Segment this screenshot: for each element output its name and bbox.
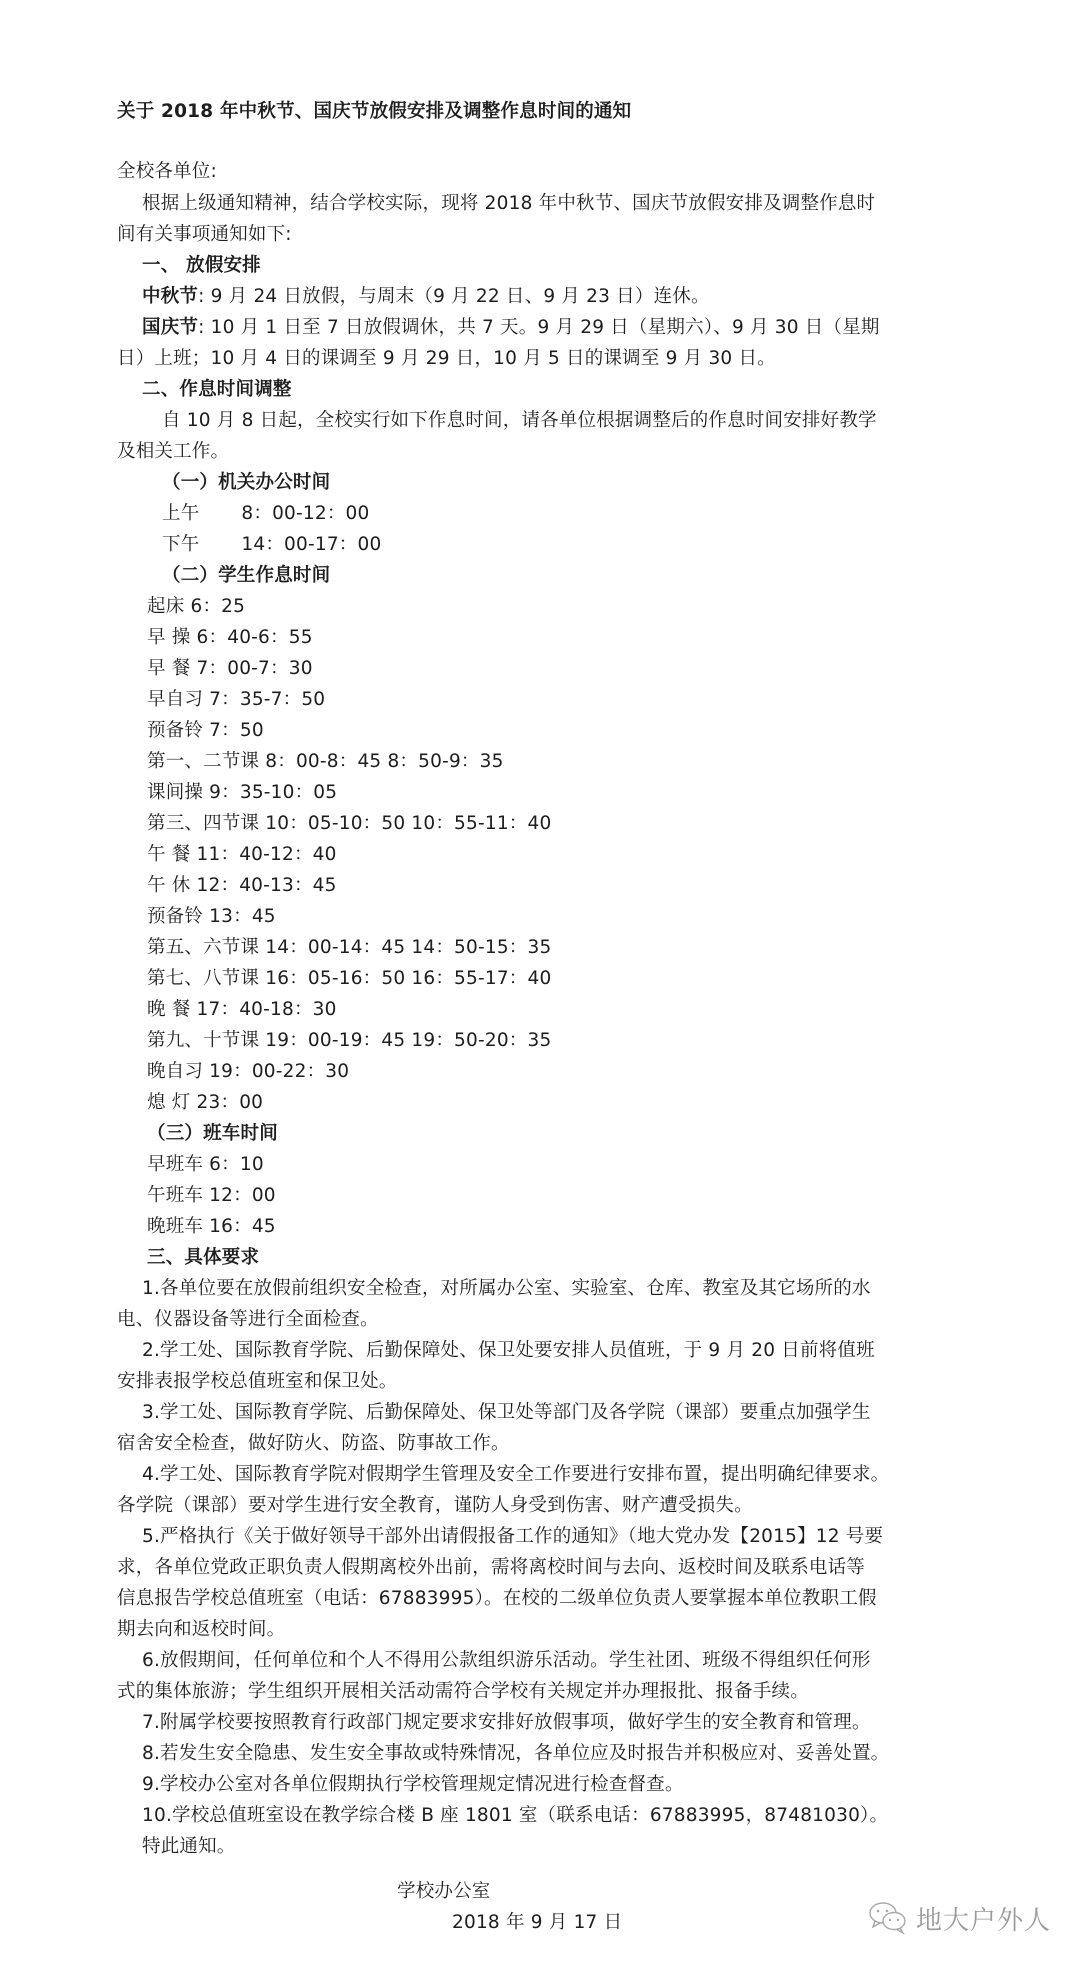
requirement-item-6: 6.放假期间，任何单位和个人不得用公款组织游乐活动。学生社团、班级不得组织任何形 — [142, 1649, 871, 1673]
bus-schedule-heading: （三）班车时间 — [147, 1122, 278, 1146]
requirement-item-5-cont: 期去向和返校时间。 — [117, 1618, 285, 1642]
midautumn-paragraph: 中秋节: 9 月 24 日放假，与周末（9 月 22 日、9 月 23 日）连休… — [142, 285, 710, 309]
intro-line-2: 间有关事项通知如下: — [117, 223, 292, 247]
requirement-item-3: 3.学工处、国际教育学院、后勤保障处、保卫处等部门及各学院（课部）要重点加强学生 — [142, 1401, 871, 1425]
requirement-item-4: 4.学工处、国际教育学院对假期学生管理及安全工作要进行安排布置，提出明确纪律要求… — [142, 1463, 889, 1487]
schedule-row: 预备铃 13：45 — [147, 905, 276, 929]
salutation: 全校各单位: — [117, 160, 217, 184]
office-hours-row: 下午14：00-17：00 — [162, 533, 381, 557]
office-hours-label: 下午 — [162, 534, 199, 555]
schedule-row: 晚自习 19：00-22：30 — [147, 1060, 349, 1084]
signature-office: 学校办公室 — [397, 1880, 491, 1904]
closing-line: 特此通知。 — [142, 1835, 236, 1859]
schedule-row: 午 休 12：40-13：45 — [147, 874, 337, 898]
section-1-heading: 一、 放假安排 — [142, 254, 261, 278]
wechat-icon — [868, 1900, 908, 1936]
schedule-row: 午 餐 11：40-12：40 — [147, 843, 337, 867]
office-hours-time: 8：00-12：00 — [241, 503, 369, 524]
requirement-item-1-cont: 电、仪器设备等进行全面检查。 — [117, 1308, 379, 1332]
requirement-item-3-cont: 宿舍安全检查，做好防火、防盗、防事故工作。 — [117, 1432, 510, 1456]
bus-row: 晚班车 16：45 — [147, 1215, 276, 1239]
section-2-intro-line-2: 及相关工作。 — [117, 440, 229, 464]
office-hours-label: 上午 — [162, 503, 199, 524]
schedule-row: 第七、八节课 16：05-16：50 16：55-17：40 — [147, 967, 551, 991]
schedule-row: 第九、十节课 19：00-19：45 19：50-20：35 — [147, 1029, 551, 1053]
national-text: : 10 月 1 日至 7 日放假调休，共 7 天。9 月 29 日（星期六）、… — [198, 317, 880, 338]
requirement-item-6-cont: 式的集体旅游；学生组织开展相关活动需符合学校有关规定并办理报批、报备手续。 — [117, 1680, 809, 1704]
student-schedule-heading: （二）学生作息时间 — [162, 564, 330, 588]
national-label: 国庆节 — [142, 317, 198, 338]
requirement-item-9: 9.学校办公室对各单位假期执行学校管理规定情况进行检查督查。 — [142, 1773, 684, 1797]
office-hours-heading: （一）机关办公时间 — [162, 471, 330, 495]
watermark-text: 地大户外人 — [916, 1900, 1051, 1937]
schedule-row: 起床 6：25 — [147, 595, 245, 619]
requirement-item-4-cont: 各学院（课部）要对学生进行安全教育，谨防人身受到伤害、财产遭受损失。 — [117, 1494, 753, 1518]
national-paragraph-line-2: 日）上班；10 月 4 日的课调至 9 月 29 日，10 月 5 日的课调至 … — [117, 347, 776, 371]
requirement-item-1: 1.各单位要在放假前组织安全检查，对所属办公室、实验室、仓库、教室及其它场所的水 — [142, 1277, 871, 1301]
requirement-item-8: 8.若发生安全隐患、发生安全事故或特殊情况，各单位应及时报告并积极应对、妥善处置… — [142, 1742, 889, 1766]
schedule-row: 早 餐 7：00-7：30 — [147, 657, 313, 681]
schedule-row: 第三、四节课 10：05-10：50 10：55-11：40 — [147, 812, 551, 836]
section-2-intro-line-1: 自 10 月 8 日起，全校实行如下作息时间，请各单位根据调整后的作息时间安排好… — [162, 409, 877, 433]
office-hours-row: 上午8：00-12：00 — [162, 502, 369, 526]
schedule-row: 晚 餐 17：40-18：30 — [147, 998, 337, 1022]
account-watermark: 地大户外人 — [868, 1898, 1051, 1938]
requirement-item-2-cont: 安排表报学校总值班室和保卫处。 — [117, 1370, 398, 1394]
midautumn-text: : 9 月 24 日放假，与周末（9 月 22 日、9 月 23 日）连休。 — [198, 286, 710, 307]
schedule-row: 预备铃 7：50 — [147, 719, 264, 743]
requirement-item-5: 5.严格执行《关于做好领导干部外出请假报备工作的通知》（地大党办发【2015】1… — [142, 1525, 883, 1549]
requirement-item-5-cont: 信息报告学校总值班室（电话：67883995）。在校的二级单位负责人要掌握本单位… — [117, 1587, 877, 1611]
requirement-item-10: 10.学校总值班室设在教学综合楼 B 座 1801 室（联系电话：6788399… — [142, 1804, 888, 1828]
schedule-row: 第五、六节课 14：00-14：45 14：50-15：35 — [147, 936, 551, 960]
requirement-item-7: 7.附属学校要按照教育行政部门规定要求安排好放假事项，做好学生的安全教育和管理。 — [142, 1711, 871, 1735]
national-paragraph: 国庆节: 10 月 1 日至 7 日放假调休，共 7 天。9 月 29 日（星期… — [142, 316, 880, 340]
signature-date: 2018 年 9 月 17 日 — [452, 1911, 622, 1935]
schedule-row: 课间操 9：35-10：05 — [147, 781, 337, 805]
section-2-heading: 二、作息时间调整 — [142, 378, 292, 402]
requirement-item-2: 2.学工处、国际教育学院、后勤保障处、保卫处要安排人员值班，于 9 月 20 日… — [142, 1339, 875, 1363]
schedule-row: 熄 灯 23：00 — [147, 1091, 263, 1115]
bus-row: 早班车 6：10 — [147, 1153, 264, 1177]
schedule-row: 早 操 6：40-6：55 — [147, 626, 313, 650]
intro-line-1: 根据上级通知精神，结合学校实际，现将 2018 年中秋节、国庆节放假安排及调整作… — [142, 192, 875, 216]
midautumn-label: 中秋节 — [142, 286, 198, 307]
section-3-heading: 三、具体要求 — [147, 1246, 259, 1270]
bus-row: 午班车 12：00 — [147, 1184, 276, 1208]
schedule-row: 第一、二节课 8：00-8：45 8：50-9：35 — [147, 750, 504, 774]
requirement-item-5-cont: 求，各单位党政正职负责人假期离校外出前，需将离校时间与去向、返校时间及联系电话等 — [117, 1556, 865, 1580]
office-hours-time: 14：00-17：00 — [241, 534, 381, 555]
schedule-row: 早自习 7：35-7：50 — [147, 688, 325, 712]
document-title: 关于 2018 年中秋节、国庆节放假安排及调整作息时间的通知 — [117, 100, 631, 124]
